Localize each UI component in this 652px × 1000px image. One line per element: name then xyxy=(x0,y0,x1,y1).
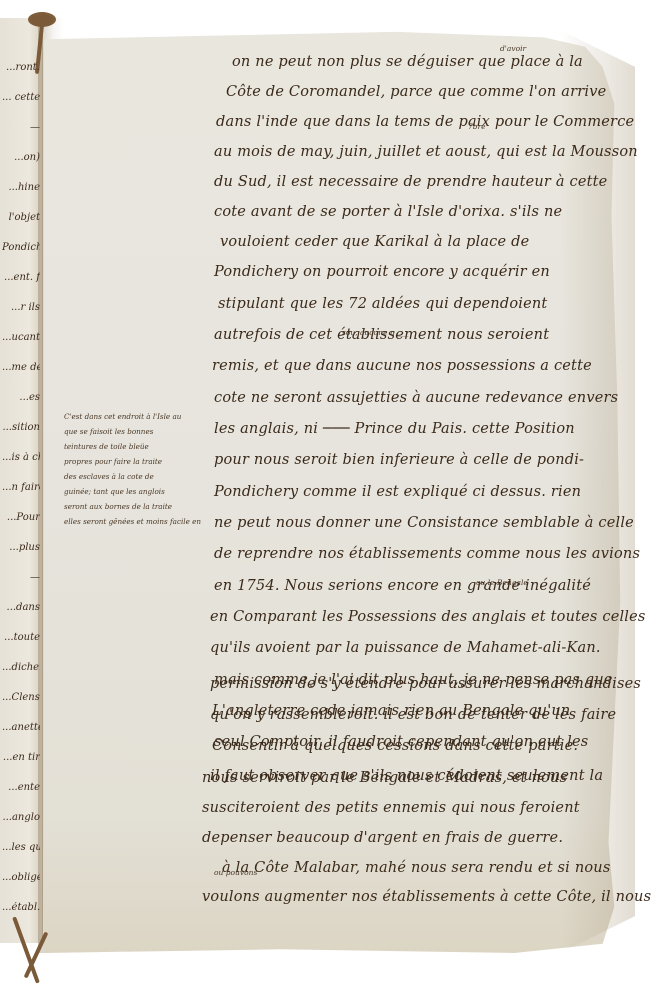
manuscript-line: cote avant de se porter à l'Isle d'orixa… xyxy=(214,204,562,220)
interlinear-note: 7bre xyxy=(468,122,486,131)
manuscript-line: de reprendre nos établissements comme no… xyxy=(214,546,640,562)
left-page-fragment: Pondichery xyxy=(2,242,40,253)
left-page-fragment: ...on) xyxy=(2,152,40,163)
manuscript-line: Côte de Coromandel, parce que comme l'on… xyxy=(226,84,606,100)
manuscript-line: à la Côte Malabar, mahé nous sera rendu … xyxy=(222,860,610,876)
left-page-fragment: ...Pour xyxy=(2,512,40,523)
margin-note-line: guinée; tant que les anglois xyxy=(64,487,165,496)
interlinear-note: sou, aucune q ___ xyxy=(342,328,408,337)
left-page-fragment: ... cette xyxy=(2,92,40,103)
margin-note-line: propres pour faire la traite xyxy=(64,457,162,466)
manuscript-line: vouloient ceder que Karikal à la place d… xyxy=(220,234,529,250)
manuscript-line: stipulant que les 72 aldées qui dependoi… xyxy=(218,296,547,312)
manuscript-line: du Sud, il est necessaire de prendre hau… xyxy=(214,174,607,190)
left-page-fragment: ...en tir xyxy=(2,752,40,763)
manuscript-line: qu'ils avoient par la puissance de Maham… xyxy=(210,640,601,656)
left-page-fragment: — xyxy=(2,122,40,133)
left-page-fragment: ...ront. xyxy=(2,62,40,73)
left-page-fragment: ...ucant, xyxy=(2,332,40,343)
manuscript-line: permission de s'y étendre pour assurer l… xyxy=(210,676,641,692)
left-page-fragment: ...toute xyxy=(2,632,40,643)
margin-note-line: des esclaves à la cote de xyxy=(64,472,154,481)
margin-note-line: teintures de toile bleüe xyxy=(64,442,149,451)
manuscript-line: les anglais, ni ─── Prince du Pais. cett… xyxy=(214,421,575,437)
interlinear-note: ou le Bengale xyxy=(476,578,528,587)
manuscript-line: voulons augmenter nos établissements à c… xyxy=(202,889,651,905)
manuscript-line: pour nous seroit bien inferieure à celle… xyxy=(214,452,584,468)
left-page-fragment: ...les qui xyxy=(2,842,40,853)
left-page-fragment: l'objet xyxy=(2,212,40,223)
left-page-fragment: ...ente xyxy=(2,782,40,793)
left-page-fragment: ...is à ch. xyxy=(2,452,40,463)
manuscript-line: Pondichery comme il est expliqué ci dess… xyxy=(214,484,581,500)
manuscript-line: dans l'inde que dans la tems de paix pou… xyxy=(216,114,634,130)
manuscript-line: depenser beaucoup d'argent en frais de g… xyxy=(202,830,563,846)
manuscript-line: au mois de may, juin, juillet et aoust, … xyxy=(214,144,638,160)
interlinear-note: ou pouvons xyxy=(214,868,257,877)
margin-note-line: que se faisoit les bonnes xyxy=(64,427,153,436)
left-page-fragment: ...dans xyxy=(2,602,40,613)
left-page-fragment: ...sition xyxy=(2,422,40,433)
margin-note-line: C'est dans cet endroit à l'Isle au xyxy=(64,412,181,421)
manuscript-photo: ...ront.... cette—...on)...hinel'objetPo… xyxy=(0,0,652,1000)
left-page-fragment: — xyxy=(2,572,40,583)
left-page-fragment: ...es xyxy=(2,392,40,403)
left-page-fragment: ...anglo xyxy=(2,812,40,823)
left-page-fragment: ...dichery xyxy=(2,662,40,673)
manuscript-line: on ne peut non plus se déguiser que plac… xyxy=(232,54,583,70)
manuscript-line: Pondichery on pourroit encore y acquérir… xyxy=(214,264,550,280)
margin-note-line: elles seront gênées et moins facile en xyxy=(64,517,201,526)
interlinear-note: d'avoir xyxy=(500,44,526,53)
left-page-fragment: ...plus xyxy=(2,542,40,553)
left-page-fragment: ...n faire xyxy=(2,482,40,493)
manuscript-line: Consentir à quelques cessions dans cette… xyxy=(212,738,578,754)
manuscript-line: remis, et que dans aucune nos possession… xyxy=(212,358,592,374)
left-page-fragment: ...r ils xyxy=(2,302,40,313)
manuscript-line: en Comparant les Possessions des anglais… xyxy=(210,609,646,625)
left-page-fragment: ...établ. xyxy=(2,902,40,913)
left-page-fragment: ...hine xyxy=(2,182,40,193)
manuscript-line: nous serviroit par le Bengale et Madras,… xyxy=(202,770,567,786)
left-page-fragment: ...ent. f xyxy=(2,272,40,283)
left-page-fragment: ...anette xyxy=(2,722,40,733)
left-page-fragment: ...obligé xyxy=(2,872,40,883)
manuscript-line: cote ne seront assujetties à aucune rede… xyxy=(214,390,618,406)
manuscript-line: qu'on y rassembleroit. il est bon de ten… xyxy=(210,707,616,723)
manuscript-line: susciteroient des petits ennemis qui nou… xyxy=(202,800,580,816)
manuscript-line: en 1754. Nous serions encore en grande i… xyxy=(214,578,591,594)
left-page-fragment: ...Clenses xyxy=(2,692,40,703)
left-page-fragment: ...me des xyxy=(2,362,40,373)
margin-note-line: seront aux bornes de la traite xyxy=(64,502,172,511)
manuscript-line: ne peut nous donner une Consistance semb… xyxy=(214,515,634,531)
